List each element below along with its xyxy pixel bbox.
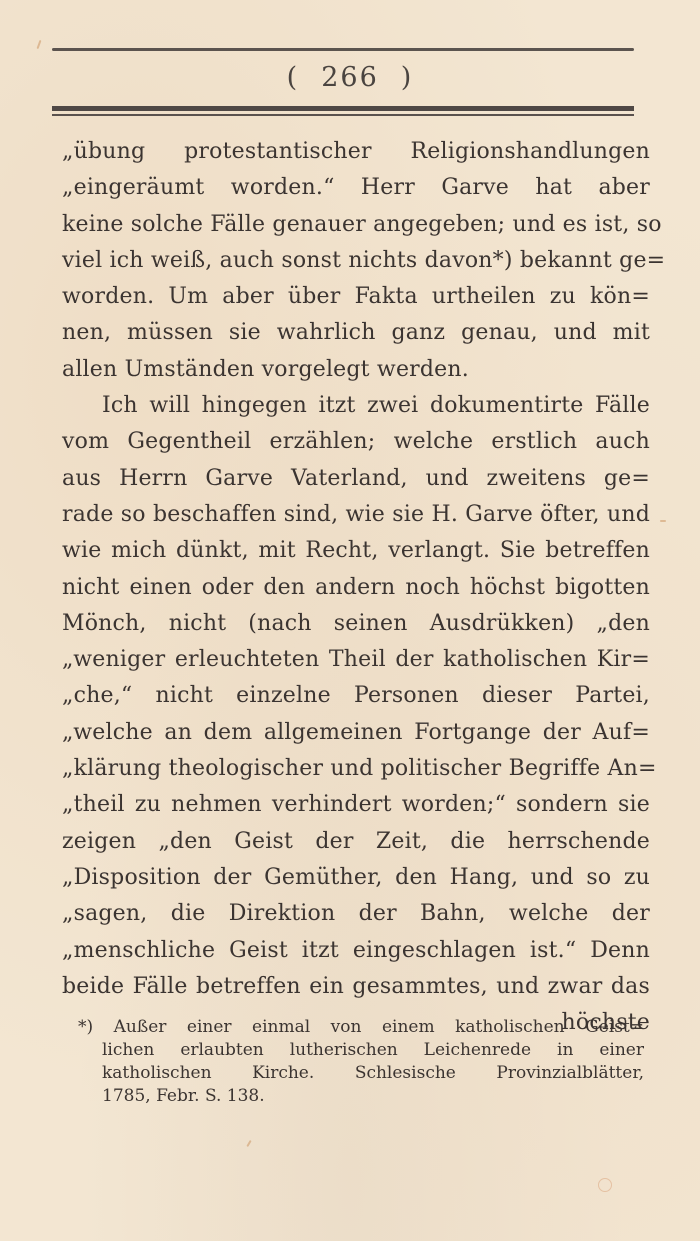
top-rule <box>52 48 634 51</box>
text-line: aus Herrn Garve Vaterland, und zweitens … <box>62 461 650 497</box>
header-rule-thin <box>52 114 634 116</box>
page-number-right-paren: ) <box>379 62 436 93</box>
text-line: keine solche Fälle genauer angegeben; un… <box>62 207 650 243</box>
footnote-line: lichen erlaubten lutherischen Leichenred… <box>78 1039 644 1062</box>
body-text: „übung protestantischer Religionshandlun… <box>62 134 650 1041</box>
paper-fleck <box>660 520 666 522</box>
text-line: worden. Um aber über Fakta urtheilen zu … <box>62 279 650 315</box>
text-line: zeigen „den Geist der Zeit, die herrsche… <box>62 824 650 860</box>
page-number: 266 <box>321 62 379 93</box>
paper-fleck <box>246 1140 251 1147</box>
footnote-line: katholischen Kirche. Schlesische Provinz… <box>78 1062 644 1085</box>
text-line: Mönch, nicht (nach seinen Ausdrükken) „d… <box>62 606 650 642</box>
text-line: viel ich weiß, auch sonst nichts davon*)… <box>62 243 650 279</box>
text-line: „theil zu nehmen verhindert worden;“ son… <box>62 787 650 823</box>
text-line: nen, müssen sie wahrlich ganz genau, und… <box>62 315 650 351</box>
text-line-paragraph-start: Ich will hingegen itzt zwei dokumentirte… <box>62 388 650 424</box>
text-line: vom Gegentheil erzählen; welche erstlich… <box>62 424 650 460</box>
text-line: „klärung theologischer und politischer B… <box>62 751 650 787</box>
text-line: „eingeräumt worden.“ Herr Garve hat aber <box>62 170 650 206</box>
text-line: nicht einen oder den andern noch höchst … <box>62 570 650 606</box>
book-page: (266) „übung protestantischer Religionsh… <box>0 0 700 1241</box>
footnote: *) Außer einer einmal von einem katholis… <box>78 1016 644 1108</box>
text-line: „übung protestantischer Religionshandlun… <box>62 134 650 170</box>
text-line: „welche an dem allgemeinen Fortgange der… <box>62 715 650 751</box>
text-line: „Disposition der Gemüther, den Hang, und… <box>62 860 650 896</box>
text-line: beide Fälle betreffen ein gesammtes, und… <box>62 969 650 1005</box>
footnote-line: *) Außer einer einmal von einem katholis… <box>78 1016 644 1039</box>
footnote-line: 1785, Febr. S. 138. <box>78 1085 644 1108</box>
text-line: „menschliche Geist itzt eingeschlagen is… <box>62 933 650 969</box>
header-double-rule <box>52 106 634 116</box>
header-rule-thick <box>52 106 634 111</box>
text-line: „sagen, die Direktion der Bahn, welche d… <box>62 896 650 932</box>
text-line: rade so beschaffen sind, wie sie H. Garv… <box>62 497 650 533</box>
text-line: „weniger erleuchteten Theil der katholis… <box>62 642 650 678</box>
page-number-left-paren: ( <box>265 62 322 93</box>
text-line: wie mich dünkt, mit Recht, verlangt. Sie… <box>62 533 650 569</box>
text-line-paragraph-end: allen Umständen vorgelegt werden. <box>62 352 650 388</box>
page-number-header: (266) <box>0 62 700 93</box>
paper-fleck <box>598 1178 612 1192</box>
text-line: „che,“ nicht einzelne Personen dieser Pa… <box>62 678 650 714</box>
paper-fleck <box>37 40 42 49</box>
